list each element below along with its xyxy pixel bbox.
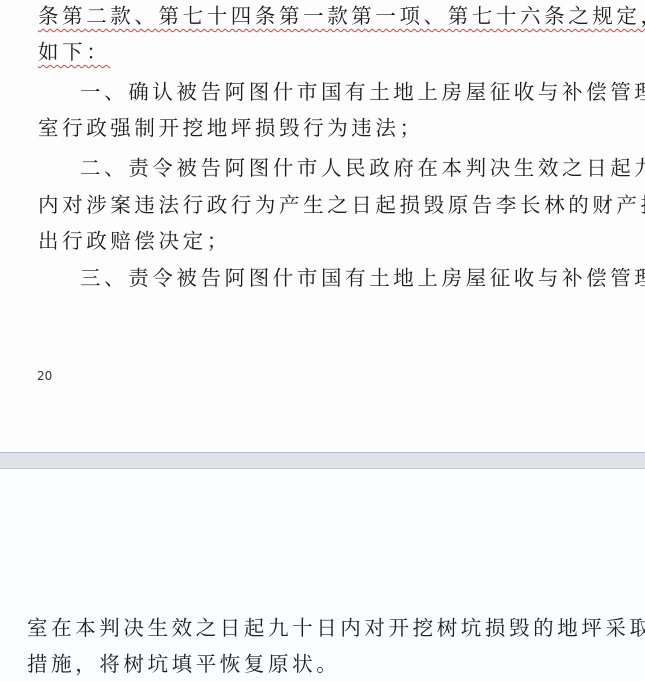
document-page-upper: 条第二款、第七十四条第一款第一项、第七十六条之规定，判决 如下： 一、确认被告阿… [0, 0, 645, 452]
text-line: 出行政赔偿决定； [38, 229, 231, 253]
text-line: 如下： [38, 40, 110, 64]
text-line: 措施，将树坑填平恢复原状。 [27, 652, 340, 676]
text-line: 三、责令被告阿图什市国有土地上房屋征收与补偿管理办公 [80, 266, 645, 290]
text-line: 二、责令被告阿图什市人民政府在本判决生效之日起九十日 [80, 156, 645, 180]
text-line: 室行政强制开挖地坪损毁行为违法； [38, 116, 424, 140]
text-line: 内对涉案违法行政行为产生之日起损毁原告李长林的财产损失做 [38, 193, 645, 217]
text-line: 一、确认被告阿图什市国有土地上房屋征收与补偿管理办公 [80, 80, 645, 104]
text-line: 室在本判决生效之日起九十日内对开挖树坑损毁的地坪采取补救 [27, 616, 645, 640]
page-break-separator [0, 452, 645, 469]
page-number: 20 [37, 369, 52, 383]
text-line: 条第二款、第七十四条第一款第一项、第七十六条之规定，判决 [38, 4, 645, 28]
document-page-lower: 室在本判决生效之日起九十日内对开挖树坑损毁的地坪采取补救 措施，将树坑填平恢复原… [0, 469, 645, 681]
